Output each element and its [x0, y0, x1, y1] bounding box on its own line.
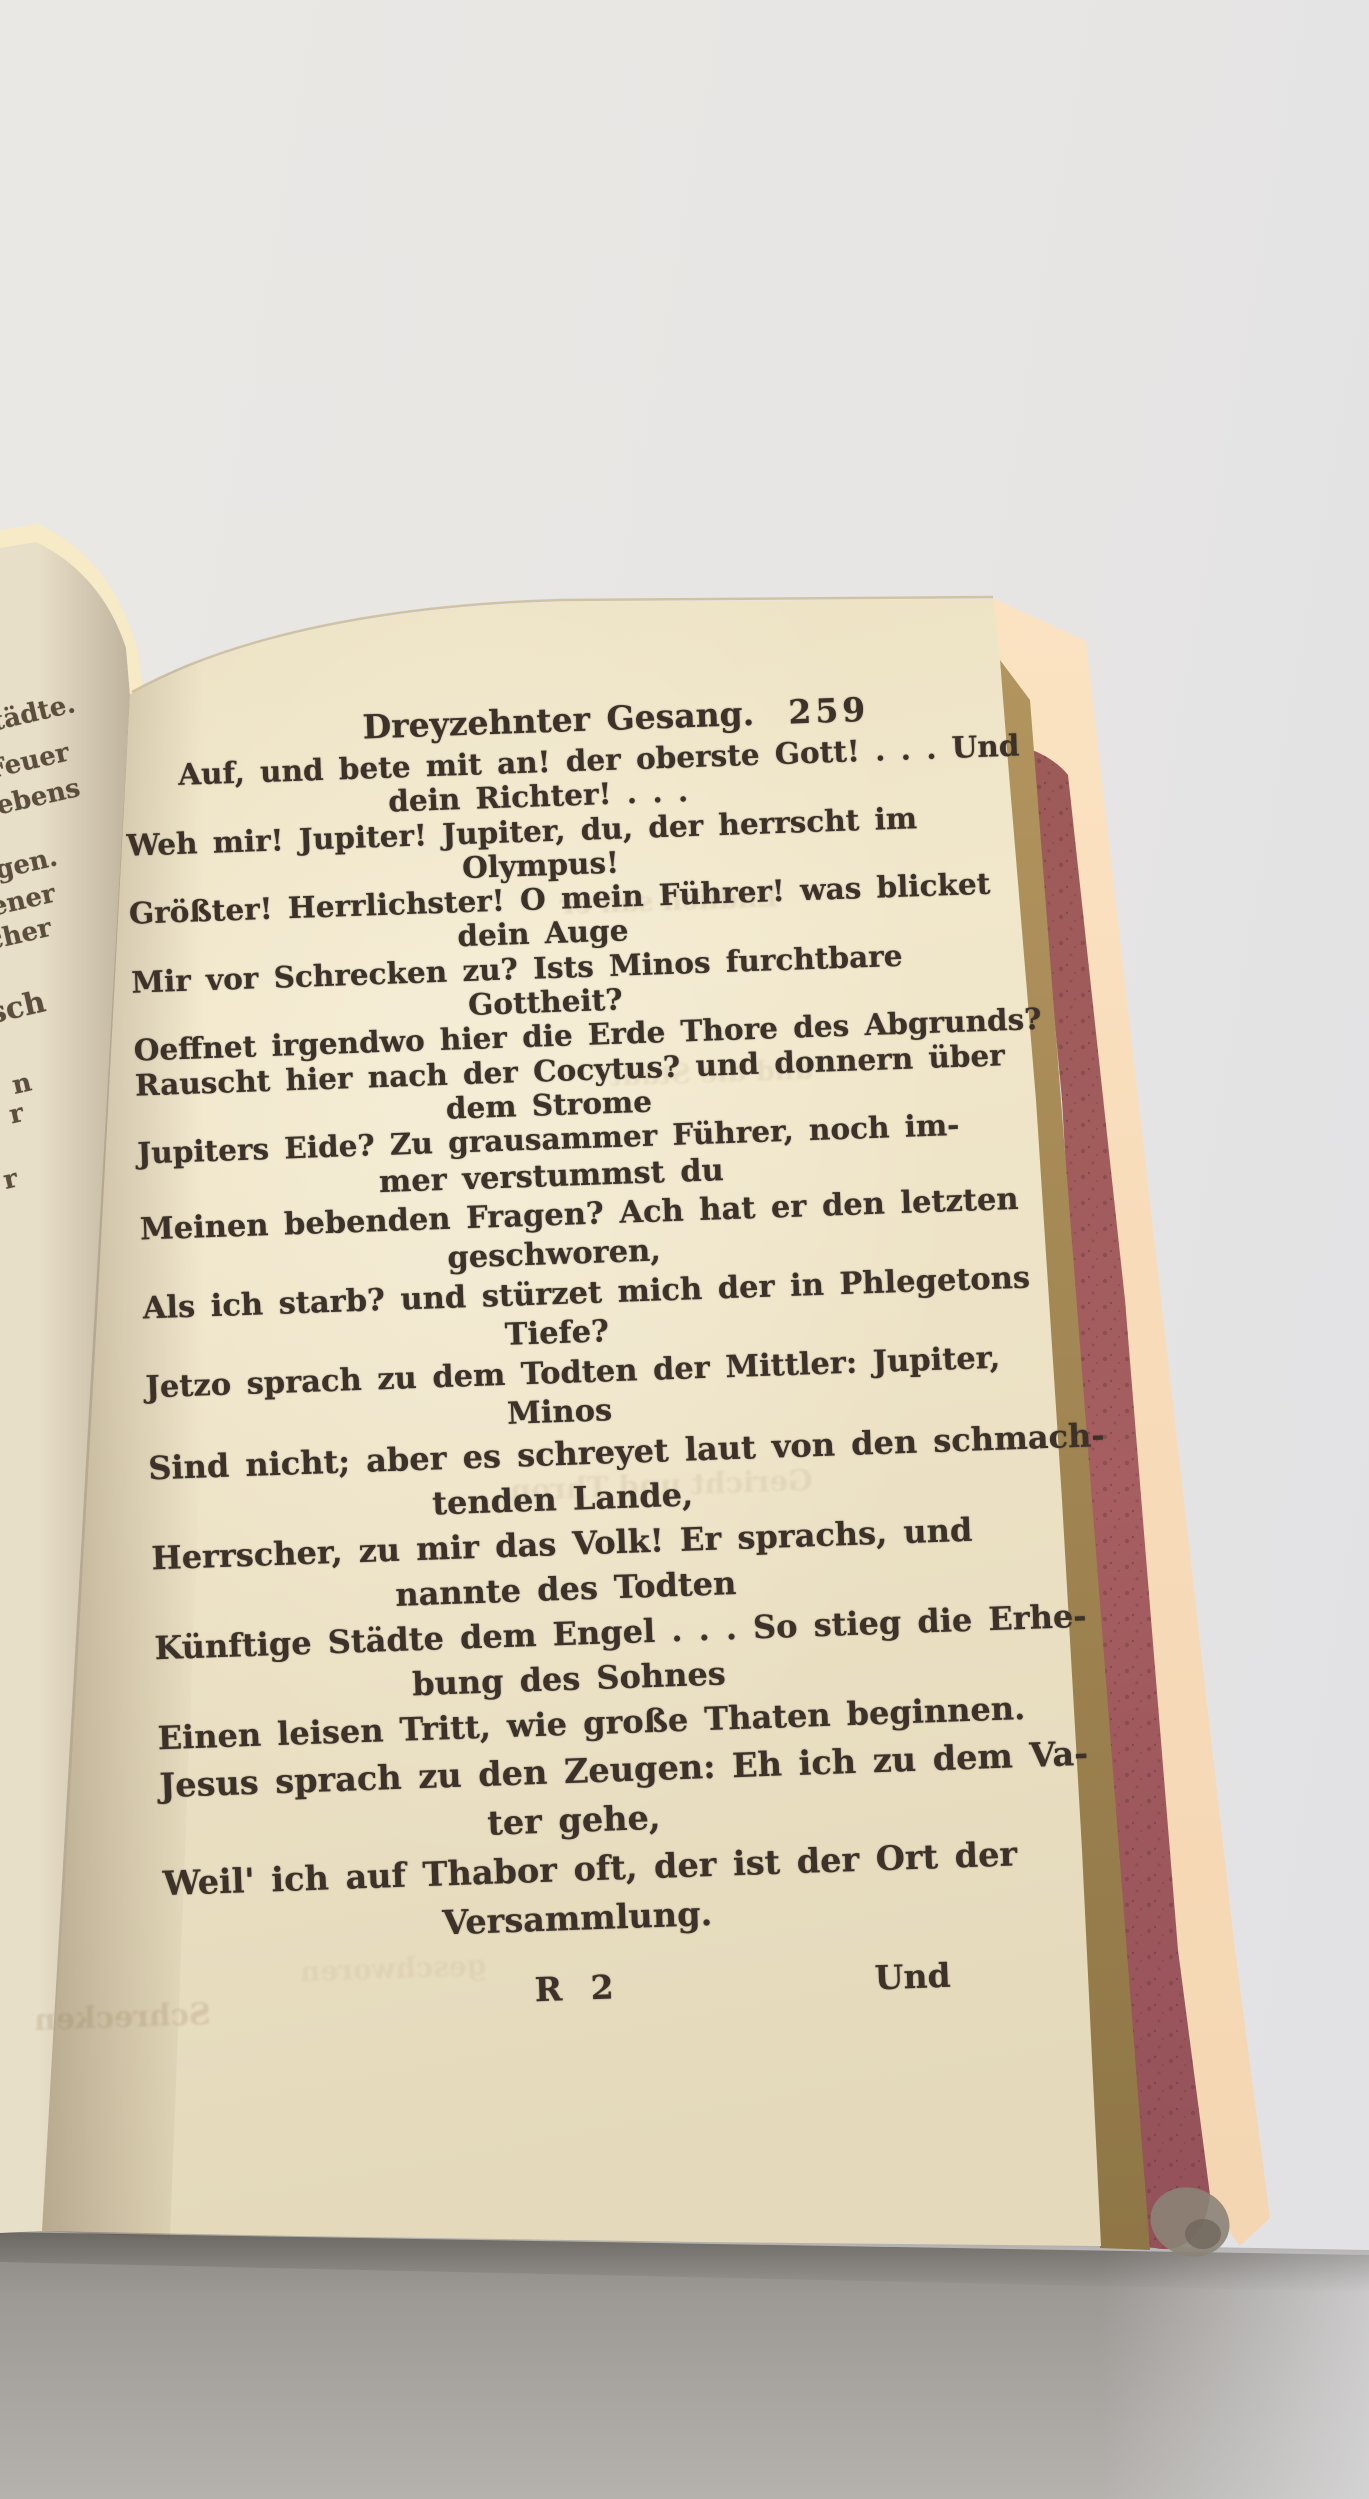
- left-page-fragment: r: [0, 1164, 21, 1207]
- signature-mark: R 2: [534, 1968, 620, 2010]
- left-page-text-fragments: städte. Feuer gebens agen. ener cher sch…: [0, 0, 120, 1300]
- book-photo: städte. Feuer gebens agen. ener cher sch…: [0, 0, 1369, 2499]
- left-page-fragment: städte.: [0, 689, 78, 741]
- left-page-fragment: cher: [0, 913, 54, 961]
- catchword: Und: [874, 1956, 951, 1998]
- left-page-fragment: sch: [0, 984, 49, 1036]
- left-page-fragment: r: [0, 1098, 27, 1142]
- verse-lines: Auf, und bete mit an! der oberste Gott! …: [120, 731, 995, 1958]
- cover-corner-fray-dark: [1185, 2219, 1221, 2249]
- left-page-fragment: gebens: [0, 775, 76, 826]
- page-text: Dreyzehnter Gesang. 259 Auf, und bete mi…: [118, 685, 998, 2034]
- page-number: 259: [788, 688, 870, 735]
